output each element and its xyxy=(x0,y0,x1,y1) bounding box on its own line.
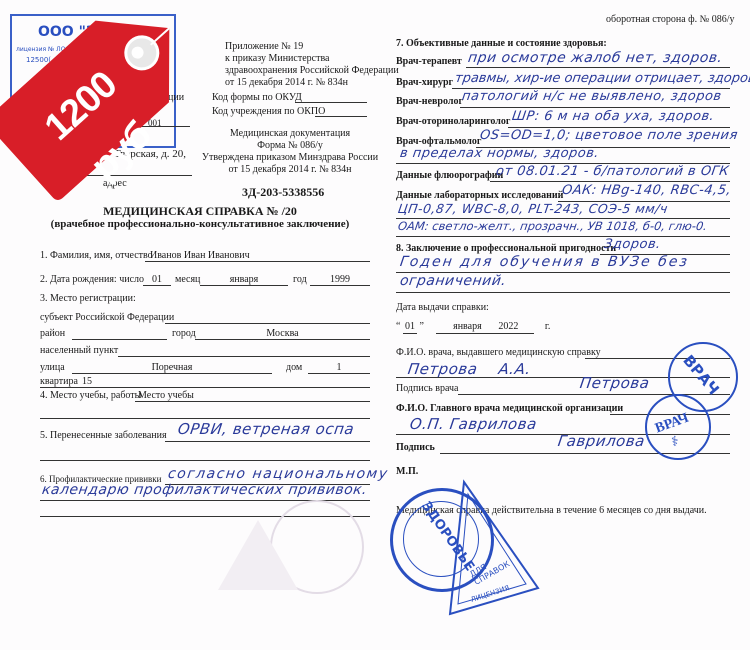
fluoro-value: от 08.01.21 - б/патологий в ОГК xyxy=(495,164,730,179)
subject-label: субъект Российской Федерации xyxy=(40,312,174,324)
dob-month-label: месяц xyxy=(175,274,200,286)
document-title: МЕДИЦИНСКАЯ СПРАВКА № /20 xyxy=(70,204,330,219)
house-label: дом xyxy=(286,362,302,374)
issue-month: января xyxy=(436,321,498,334)
fluoro-label: Данные флюорографии xyxy=(396,170,503,182)
issue-date-label: Дата выдачи справки: xyxy=(396,302,489,314)
okpo-label: Код учреждения по ОКПО xyxy=(212,106,325,118)
ent-label: Врач-оториноларинголог xyxy=(396,116,510,128)
surgeon-value: травмы, хир-ие операции отрицает, здоров… xyxy=(454,71,750,86)
street-label: улица xyxy=(40,362,65,374)
lab-value-3: ОАМ: светло-желт., прозрачн., УВ 1018, б… xyxy=(397,219,708,233)
neuro-value: патологий н/с не выявлено, здоров xyxy=(461,89,723,104)
section8-value-1: Здоров. xyxy=(603,237,662,252)
issue-year-suffix: г. xyxy=(545,321,550,332)
med-doc-block: Медицинская документация Форма № 086/у У… xyxy=(200,128,380,176)
issue-date-row: “ 01 ” января2022 г. xyxy=(396,321,550,334)
doctor-fio-label: Ф.И.О. врача, выдавшего медицинскую спра… xyxy=(396,347,601,359)
therapist-value: при осмотре жалоб нет, здоров. xyxy=(467,50,724,66)
ophth-value-2: в пределах нормы, здоров. xyxy=(399,146,600,161)
chief-sign-label: Подпись xyxy=(396,442,435,454)
diseases-label: 5. Перенесенные заболевания xyxy=(40,430,167,442)
diseases-value: ОРВИ, ветреная оспа xyxy=(177,420,356,438)
doctor-stamp-1-text: ВРАЧ xyxy=(679,352,722,399)
okud-label: Код формы по ОКУД xyxy=(212,92,302,104)
neuro-label: Врач-невролог xyxy=(396,96,463,108)
issue-year: 2022 xyxy=(498,321,534,334)
district-label: район xyxy=(40,328,65,340)
reverse-side-label: оборотная сторона ф. № 086/у xyxy=(606,14,734,26)
section7-title: 7. Объективные данные и состояние здоров… xyxy=(396,38,607,50)
fio-label: 1. Фамилия, имя, отчество xyxy=(40,250,153,262)
chief-fio-label: Ф.И.О. Главного врача медицинской органи… xyxy=(396,403,623,415)
document-subtitle: (врачебное профессионально-консультативн… xyxy=(50,218,350,230)
section8-value-2: Годен для обучения в ВУЗе без xyxy=(399,254,690,270)
caduceus-icon: ⚕ xyxy=(671,434,679,451)
vacc-value-1: согласно национальному xyxy=(167,466,390,482)
chief-fio-value: О.П. Гаврилова xyxy=(409,415,538,433)
dob-label: 2. Дата рождения: число xyxy=(40,274,144,286)
therapist-label: Врач-терапевт xyxy=(396,56,462,68)
faint-triangle-ghost xyxy=(218,520,298,590)
dob-year-label: год xyxy=(293,274,307,286)
doctor-stamp-2: ВРАЧ ⚕ xyxy=(645,394,711,460)
ophth-value-1: OS=OD=1,0; цветовое поле зрения xyxy=(479,128,739,143)
appendix-block: Приложение № 19 к приказу Министерства з… xyxy=(225,41,399,89)
doctor-sign-label: Подпись врача xyxy=(396,383,458,395)
issue-day: 01 xyxy=(403,321,417,334)
section8-value-3: ограничений. xyxy=(399,273,508,289)
mp-label: М.П. xyxy=(396,466,418,478)
lab-value-2: ЦП-0,87, WBC-8,0, PLT-243, СОЭ-5 мм/ч xyxy=(397,201,669,216)
reg-label: 3. Место регистрации: xyxy=(40,293,136,305)
chief-sign-value: Гаврилова xyxy=(557,432,646,450)
doctor-sign-value: Петрова xyxy=(579,374,651,392)
doctor-fio-value: Петрова А.А. xyxy=(407,360,532,378)
surgeon-label: Врач-хирург xyxy=(396,77,453,89)
work-label: 4. Место учебы, работы xyxy=(40,390,141,402)
locality-label: населенный пункт xyxy=(40,345,118,357)
vacc-value-2: календарю профилактических прививок. xyxy=(41,482,368,498)
serial-number: 3Д-203-5338556 xyxy=(242,186,324,199)
lab-value-1: ОАК: HBg-140, RBC-4,5, xyxy=(561,183,732,198)
ent-value: ШР: 6 м на оба уха, здоров. xyxy=(511,109,715,124)
city-label: город xyxy=(172,328,196,340)
